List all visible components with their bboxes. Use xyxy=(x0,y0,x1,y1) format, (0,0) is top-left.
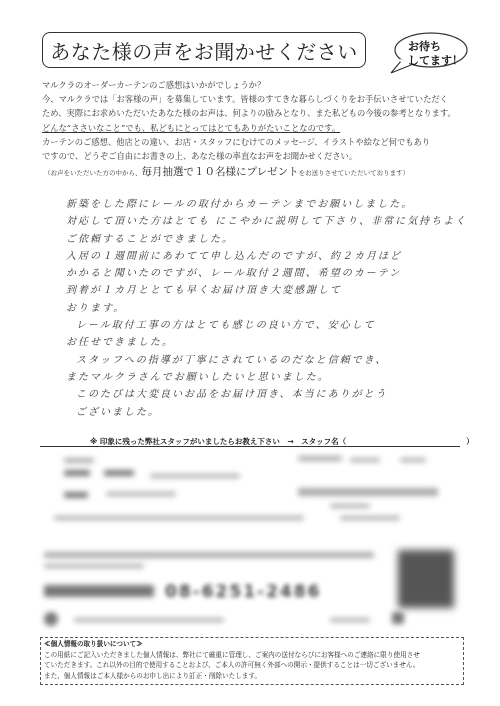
comment-line: 新築をした際にレールの取付からカーテンまでお願いしました。 xyxy=(66,196,466,213)
comment-line: 入居の１週間前にあわてて申し込んだのですが、約２カ月ほど xyxy=(66,248,466,265)
intro-line-underlined: どんな“ささいなこと”でも、私どもにとってはとてもありがたいことなのです。 xyxy=(42,121,482,135)
present-main: 毎月抽選で１０名様にプレゼント xyxy=(142,166,299,178)
intro-line: ため、実際にお求めいただいたあなた様のお声は、何よりの励みとなり、また私どもの今… xyxy=(42,106,482,120)
blurred-text xyxy=(330,618,370,622)
handwritten-comment: 新築をした際にレールの取付からカーテンまでお願いしました。 対応して頂いた方はと… xyxy=(66,196,466,421)
privacy-notice: ≪個人情報の取り扱いについて≫ この用紙にご記入いただきました個人情報は、弊社に… xyxy=(40,637,464,685)
intro-line: 今、マルクラでは「お客様の声」を募集しています。皆様のすてきな暮らしづくりをお手… xyxy=(42,92,482,106)
staff-prompt: ※ 印象に残った弊社スタッフがいましたらお教え下さい → スタッフ名（ xyxy=(90,437,346,446)
privacy-heading: ≪個人情報の取り扱いについて≫ xyxy=(44,639,460,650)
intro-line: マルクラのオーダーカーテンのご感想はいかがでしょうか？ xyxy=(42,78,482,92)
present-suffix: をお送りさせていただいております） xyxy=(299,169,410,177)
bubble-line: してます！ xyxy=(408,54,463,68)
comment-line: お任せできました。 xyxy=(66,334,466,351)
comment-line: スタッフへの指導が丁寧にされているのだなと信頼でき、 xyxy=(66,352,466,369)
comment-line: ございました。 xyxy=(66,404,466,421)
intro-line: ですので、どうぞご自由にお書きの上、あなた様の率直なお声をお聞かせください。 xyxy=(42,149,482,163)
comment-line: このたびは大変良いお品をお届け頂き、本当にありがとう xyxy=(66,386,466,403)
qr-code xyxy=(398,550,454,608)
privacy-line: ていただきます。これ以外の目的で使用することおよび、ご本人の許可無く外部への開示… xyxy=(44,660,460,671)
title-text: あなた様の声をお聞かせください xyxy=(50,36,358,65)
present-notice: （お声をいただいた方の中から、毎月抽選で１０名様にプレゼントをお送りさせていただ… xyxy=(44,164,409,179)
bubble-text: お待ち してます！ xyxy=(408,40,463,68)
comment-line: レール取付工事の方はとても感じの良い方で、安心して xyxy=(66,317,466,334)
comment-line: かかると聞いたのですが、レール取付２週間、希望のカーテン xyxy=(66,265,466,282)
phone-number: 08-6251-2486 xyxy=(165,582,321,602)
store-phone: 08-6251-2486 xyxy=(165,582,321,602)
intro-line: カーテンのご感想、他店との違い、お店・スタッフにむけてのメッセージ、イラストや絵… xyxy=(42,135,482,149)
present-prefix: （お声をいただいた方の中から、 xyxy=(44,169,142,177)
staff-close: ） xyxy=(466,437,474,446)
comment-line: 対応して頂いた方はとても にこやかに説明して下さり、非常に気持ちよく xyxy=(66,213,466,230)
comment-line: ご依頼することができました。 xyxy=(66,231,466,248)
privacy-line: また、個人情報はご本人様からのお申し出により訂正・削除いたします。 xyxy=(44,671,460,682)
bubble-line: お待ち xyxy=(408,40,463,54)
comment-line: おります。 xyxy=(66,300,466,317)
blurred-text xyxy=(74,618,224,622)
comment-line: またマルクラさんでお願いしたいと思いました。 xyxy=(66,369,466,386)
intro-text: マルクラのオーダーカーテンのご感想はいかがでしょうか？ 今、マルクラでは「お客様… xyxy=(42,78,482,163)
blurred-logo xyxy=(44,612,58,626)
page-title: あなた様の声をお聞かせください xyxy=(42,32,366,68)
blurred-icon xyxy=(392,612,404,624)
comment-line: 到着が１カ月ととても早くお届け頂き大変感謝して xyxy=(66,282,466,299)
divider xyxy=(40,446,460,447)
privacy-line: この用紙にご記入いただきました個人情報は、弊社にて厳重に管理し、ご案内の送付なら… xyxy=(44,650,460,661)
